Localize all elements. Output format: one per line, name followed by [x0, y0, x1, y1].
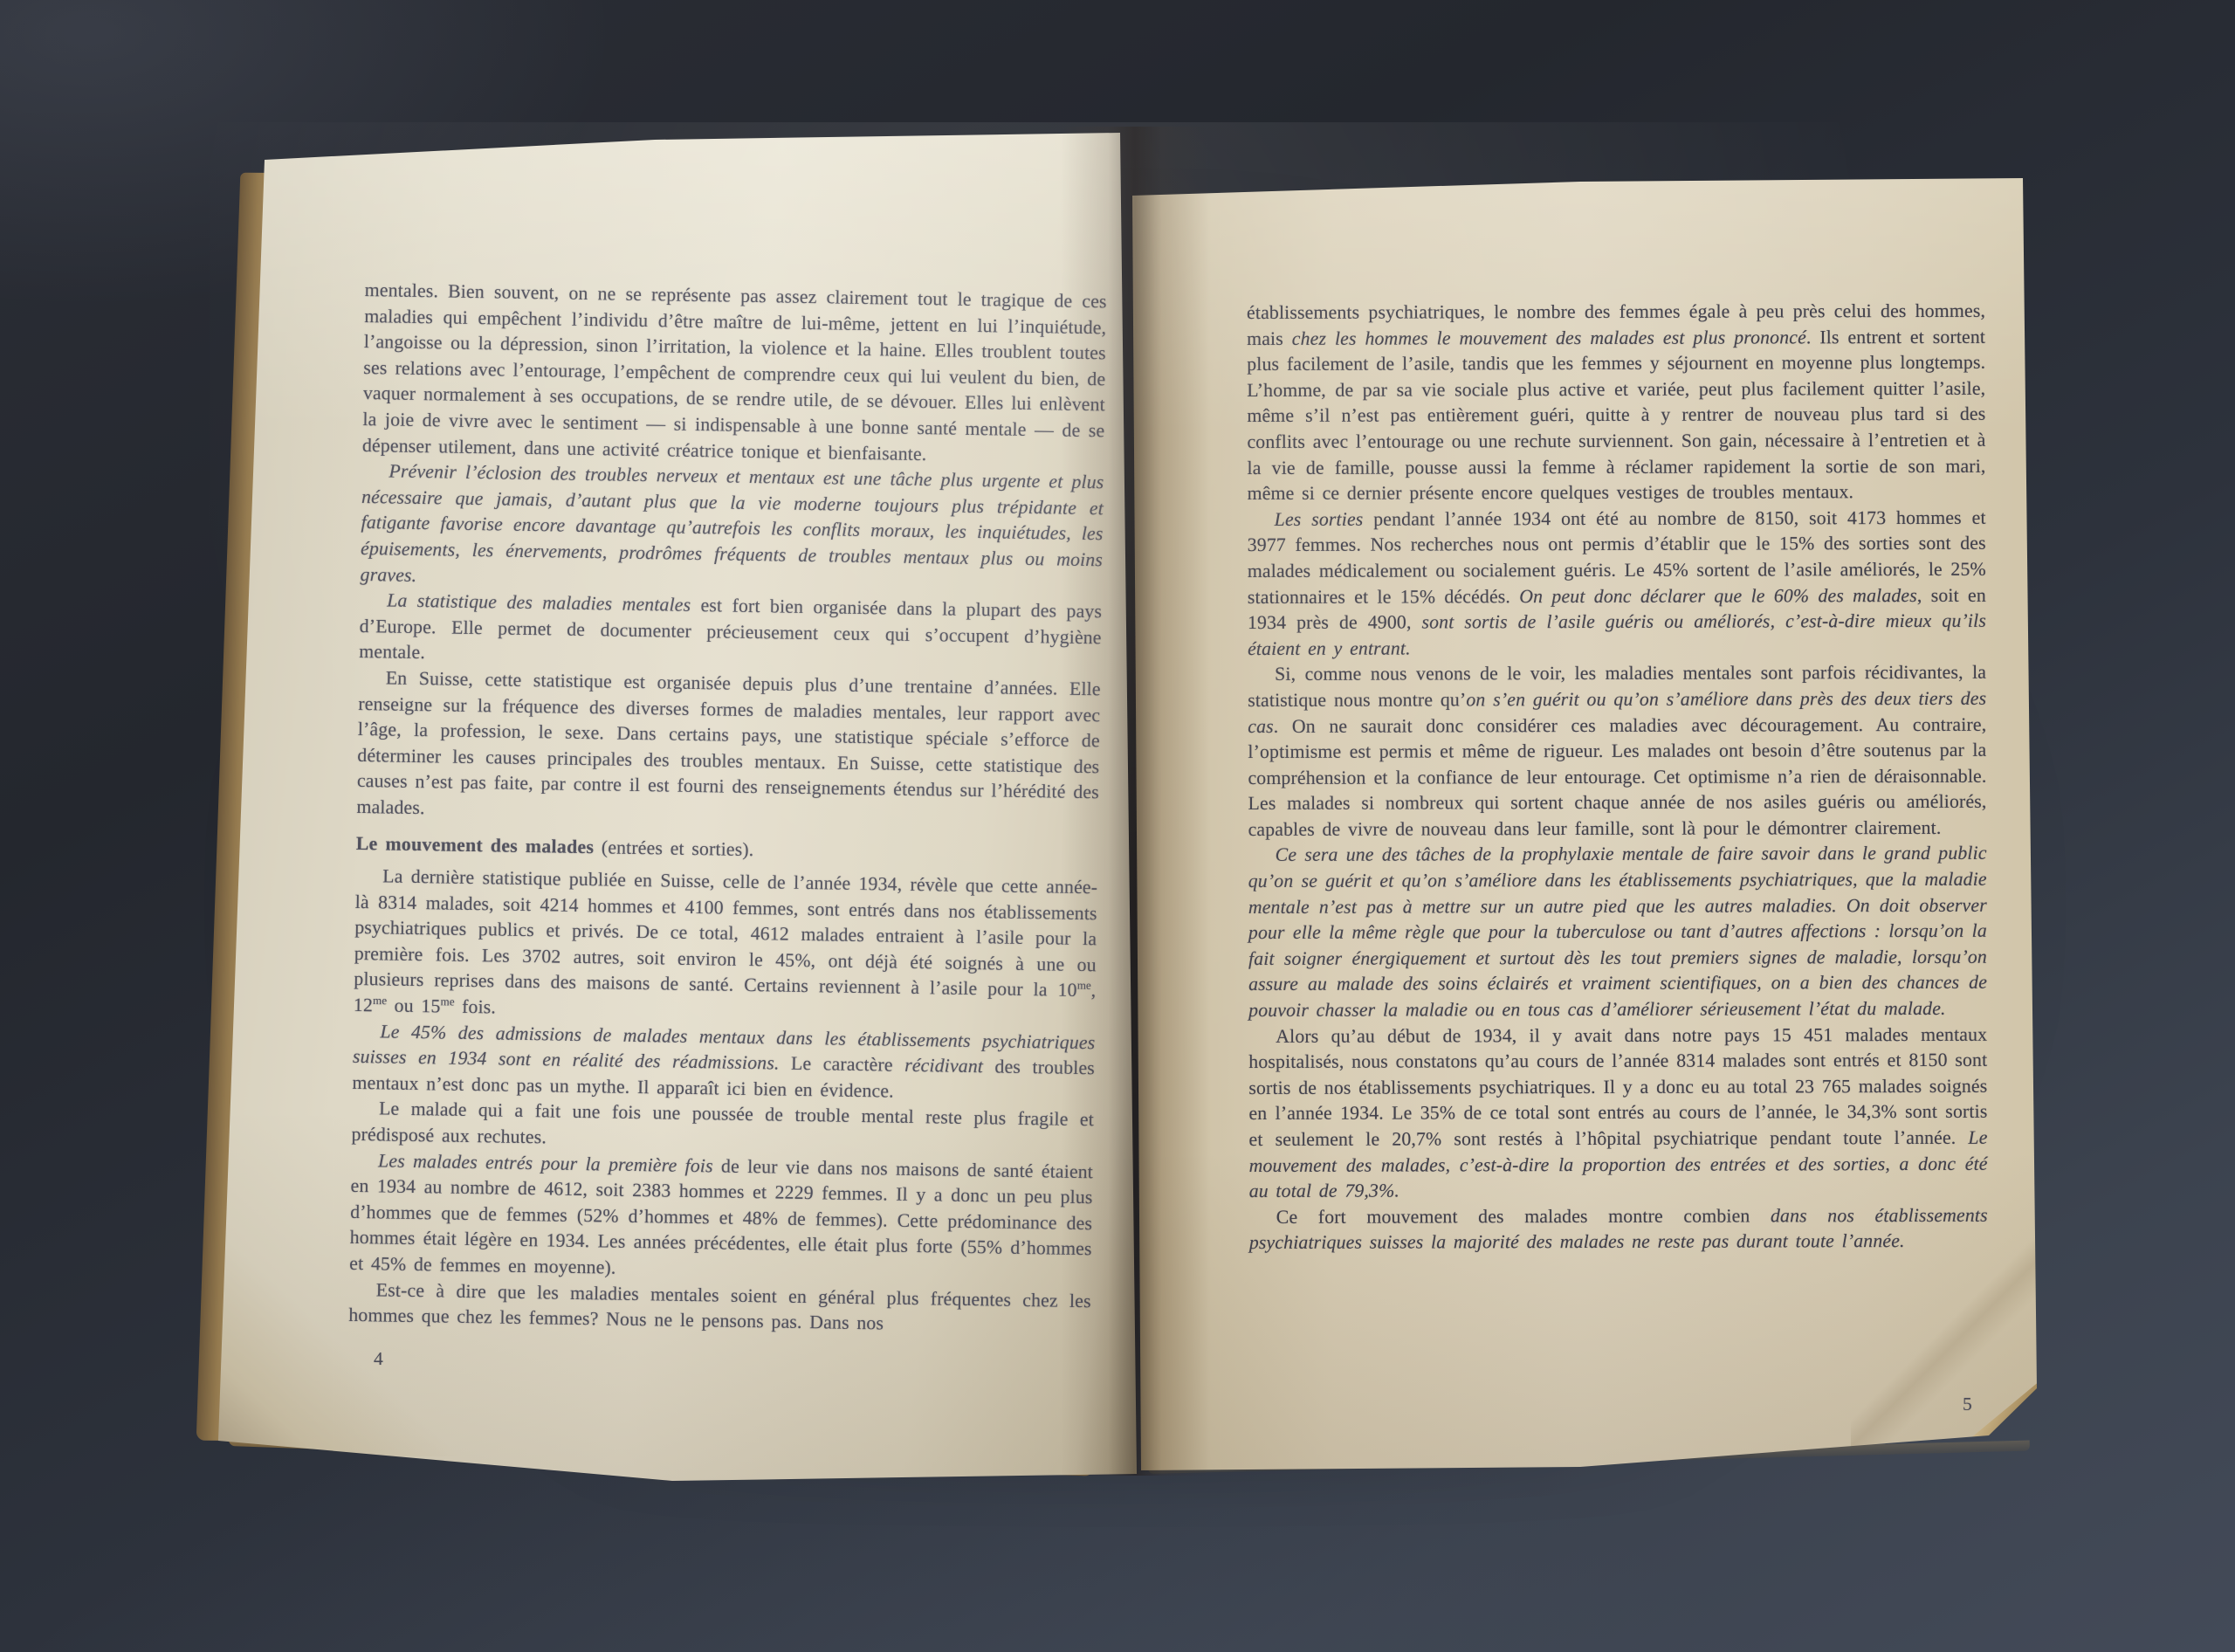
regular-text: Le malade qui a fait une fois une poussé…	[351, 1098, 1094, 1148]
body-paragraph: établissements psychiatriques, le nombre…	[1247, 299, 1986, 507]
body-paragraph: Si, comme nous venons de le voir, les ma…	[1248, 660, 1987, 843]
section-heading: Le mouvement des malades (entrées et sor…	[356, 831, 1098, 869]
right-page-text: établissements psychiatriques, le nombre…	[1247, 299, 1988, 1256]
right-page: établissements psychiatriques, le nombre…	[1126, 168, 2069, 1495]
regular-text: Alors qu’au début de 1934, il y avait da…	[1248, 1023, 1987, 1150]
body-paragraph: Ce sera une des tâches de la prophylaxie…	[1248, 841, 1988, 1023]
italic-text: chez les hommes le mouvement des malades…	[1292, 327, 1806, 349]
regular-text: mentales. Bien souvent, on ne se représe…	[362, 279, 1107, 465]
left-page-text: mentales. Bien souvent, on ne se représe…	[348, 278, 1107, 1340]
regular-text: fois.	[454, 996, 496, 1018]
regular-text: Le caractère	[779, 1053, 904, 1076]
body-paragraph: Le 45% des admissions de malades mentaux…	[352, 1019, 1095, 1108]
body-paragraph: La statistique des maladies mentales est…	[359, 588, 1102, 677]
photo-background: mentales. Bien souvent, on ne se représe…	[0, 0, 2235, 1652]
body-paragraph: mentales. Bien souvent, on ne se représe…	[362, 278, 1107, 470]
regular-text: me	[1077, 979, 1091, 992]
regular-text: ou 15	[387, 995, 441, 1017]
italic-text: Ce sera une des tâches de la prophylaxie…	[1248, 843, 1987, 1021]
body-paragraph: Alors qu’au début de 1934, il y avait da…	[1248, 1022, 1988, 1204]
heading-bold-text: Le mouvement des malades	[356, 833, 595, 857]
regular-text: (entrées et sorties).	[594, 837, 753, 861]
italic-text: Les malades entrés pour la première fois	[378, 1150, 713, 1176]
regular-text: Ce fort mouvement des malades montre com…	[1276, 1205, 1771, 1227]
body-paragraph: En Suisse, cette statistique est organis…	[356, 665, 1101, 832]
regular-text: . On ne saurait donc considérer ces mala…	[1248, 713, 1986, 840]
regular-text: me	[373, 994, 387, 1007]
left-page: mentales. Bien souvent, on ne se représe…	[218, 129, 1138, 1491]
body-paragraph: Les sorties pendant l’année 1934 ont été…	[1248, 506, 1986, 663]
regular-text: En Suisse, cette statistique est organis…	[356, 667, 1101, 818]
italic-text: La statistique des maladies mentales	[387, 590, 691, 616]
italic-text: On peut donc déclarer que le 60% des mal…	[1519, 585, 1917, 607]
regular-text: La dernière statistique publiée en Suiss…	[354, 865, 1097, 1001]
regular-text: me	[440, 995, 454, 1008]
page-fold-shadow	[218, 1221, 471, 1456]
regular-text: . Ils entrent et sortent plus facilement…	[1247, 326, 1985, 504]
italic-text: récidivant	[904, 1055, 983, 1077]
italic-text: Prévenir l’éclosion des troubles nerveux…	[360, 461, 1104, 586]
body-paragraph: Prévenir l’éclosion des troubles nerveux…	[360, 458, 1104, 599]
body-paragraph: La dernière statistique publiée en Suiss…	[354, 864, 1098, 1030]
italic-text: Les sorties	[1275, 508, 1364, 529]
